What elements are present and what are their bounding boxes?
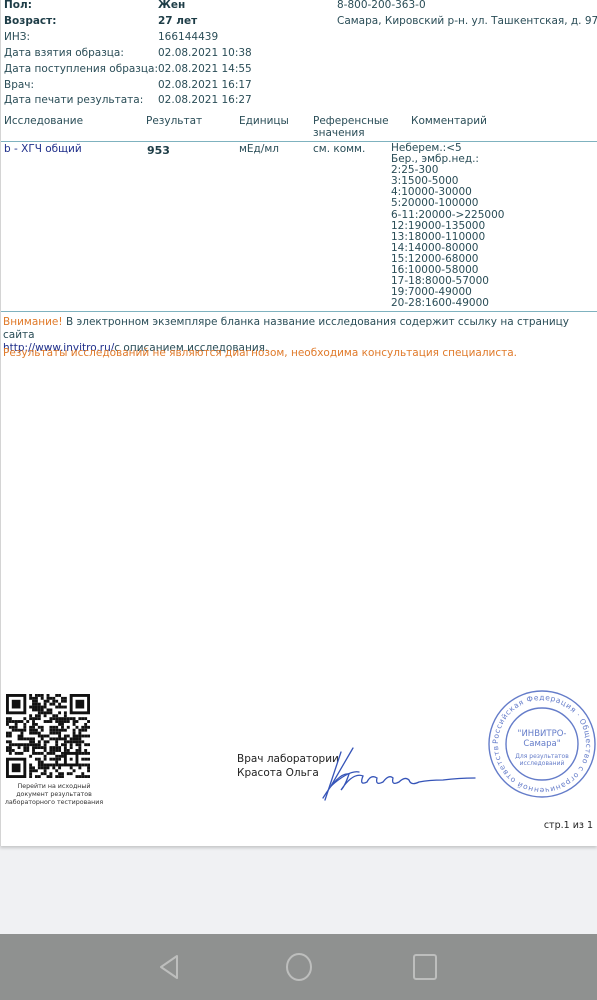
header-result: Результат — [146, 115, 202, 127]
inz-value: 166144439 — [158, 29, 218, 45]
comment-line: 6-11:20000->225000 — [391, 210, 504, 221]
lab-address: Самара, Кировский р-н. ул. Ташкентская, … — [337, 13, 597, 29]
page-number: стр.1 из 1 — [544, 820, 593, 831]
header-reference-line1: Референсные — [313, 115, 389, 127]
sample-taken-value: 02.08.2021 10:38 — [158, 45, 252, 61]
lab-phone: 8-800-200-363-0 — [337, 0, 426, 13]
svg-text:Для результатов: Для результатов — [515, 753, 569, 760]
header-reference-line2: значения — [313, 127, 389, 139]
gender-value: Жен — [158, 0, 185, 13]
warning-word: Внимание! — [3, 316, 63, 328]
units-value: мЕд/мл — [239, 143, 279, 156]
sample-received-value: 02.08.2021 14:55 — [158, 61, 252, 77]
result-value: 953 — [147, 144, 170, 157]
sample-received-label: Дата поступления образца: — [4, 61, 158, 77]
age-value: 27 лет — [158, 13, 197, 29]
doctor-value: 02.08.2021 16:17 — [158, 77, 252, 93]
header-divider — [1, 141, 597, 142]
inz-label: ИНЗ: — [4, 29, 30, 45]
test-name-link[interactable]: b - ХГЧ общий — [4, 143, 82, 156]
header-units: Единицы — [239, 115, 289, 127]
comment-line: 20-28:1600-49000 — [391, 298, 504, 309]
comment-list: Неберем.:<5Бер., эмбр.нед.:2:25-3003:150… — [391, 143, 504, 309]
lab-result-document: Пол: Жен Возраст: 27 лет ИНЗ: 166144439 … — [0, 0, 597, 846]
reference-value: см. комм. — [313, 143, 365, 156]
recents-icon[interactable] — [410, 952, 440, 982]
svg-text:"ИНВИТРО-: "ИНВИТРО- — [518, 729, 567, 739]
back-icon[interactable] — [155, 952, 185, 982]
print-date-value: 02.08.2021 16:27 — [158, 92, 252, 108]
svg-text:Самара": Самара" — [523, 739, 560, 749]
print-date-label: Дата печати результата: — [4, 92, 143, 108]
gender-label: Пол: — [4, 0, 32, 13]
qr-caption: Перейти на исходный документ результатов… — [3, 783, 105, 807]
navigation-bar — [0, 934, 597, 1000]
svg-text:исследований: исследований — [520, 760, 565, 767]
notice-text-part1: В электронном экземпляре бланка название… — [3, 316, 569, 341]
company-stamp: Российская Федерация · Общество с ограни… — [486, 688, 597, 800]
row-divider — [1, 311, 597, 312]
disclaimer-text: Результаты исследований не являются диаг… — [3, 347, 517, 360]
qr-code[interactable] — [6, 694, 90, 778]
comment-line: 5:20000-100000 — [391, 198, 504, 209]
signature-image — [319, 742, 479, 802]
header-reference: Референсные значения — [313, 115, 389, 139]
sample-taken-label: Дата взятия образца: — [4, 45, 124, 61]
header-test: Исследование — [4, 115, 83, 127]
age-label: Возраст: — [4, 13, 56, 29]
doctor-label: Врач: — [4, 77, 34, 93]
header-comment: Комментарий — [411, 115, 487, 127]
home-icon[interactable] — [284, 952, 314, 982]
